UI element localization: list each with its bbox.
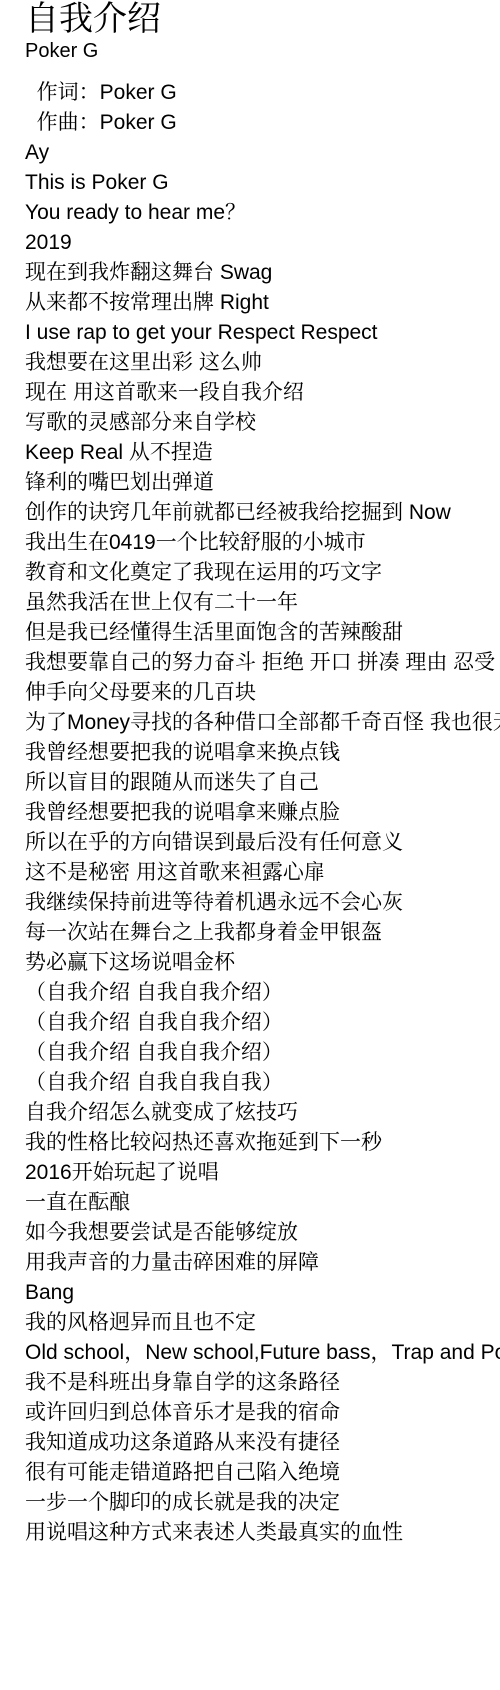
- lyric-line: 作曲：Poker G: [25, 108, 500, 138]
- lyric-line: 我的风格迥异而且也不定: [25, 1308, 500, 1338]
- lyric-line: 为了Money寻找的各种借口全部都千奇百怪 我也很无奈: [25, 708, 500, 738]
- lyric-line: 我想要靠自己的努力奋斗 拒绝 开口 拼凑 理由 忍受: [25, 648, 500, 678]
- song-title: 自我介绍: [25, 0, 500, 38]
- lyric-line: 但是我已经懂得生活里面饱含的苦辣酸甜: [25, 618, 500, 648]
- lyric-line: Keep Real 从不捏造: [25, 438, 500, 468]
- lyric-line: 伸手向父母要来的几百块: [25, 678, 500, 708]
- lyric-line: 一步一个脚印的成长就是我的决定: [25, 1488, 500, 1518]
- lyric-line: I use rap to get your Respect Respect: [25, 318, 500, 348]
- lyric-line: 虽然我活在世上仅有二十一年: [25, 588, 500, 618]
- lyric-line: 从来都不按常理出牌 Right: [25, 288, 500, 318]
- lyric-line: 我继续保持前进等待着机遇永远不会心灰: [25, 888, 500, 918]
- lyric-line: 2016开始玩起了说唱: [25, 1158, 500, 1188]
- artist-name: Poker G: [25, 38, 500, 64]
- lyric-line: 所以盲目的跟随从而迷失了自己: [25, 768, 500, 798]
- lyric-line: 2019: [25, 228, 500, 258]
- lyric-line: 我知道成功这条道路从来没有捷径: [25, 1428, 500, 1458]
- lyric-line: 用说唱这种方式来表述人类最真实的血性: [25, 1518, 500, 1548]
- lyric-line: Ay: [25, 138, 500, 168]
- lyric-line: 我的性格比较闷热还喜欢拖延到下一秒: [25, 1128, 500, 1158]
- lyric-line: 创作的诀窍几年前就都已经被我给挖掘到 Now: [25, 498, 500, 528]
- lyric-line: 我出生在0419一个比较舒服的小城市: [25, 528, 500, 558]
- lyric-line: 现在 用这首歌来一段自我介绍: [25, 378, 500, 408]
- lyric-line: 自我介绍怎么就变成了炫技巧: [25, 1098, 500, 1128]
- lyrics-list: 作词：Poker G 作曲：Poker GAyThis is Poker GYo…: [25, 78, 500, 1548]
- lyric-line: 作词：Poker G: [25, 78, 500, 108]
- lyric-line: This is Poker G: [25, 168, 500, 198]
- lyric-line: （自我介绍 自我自我介绍）: [25, 1038, 500, 1068]
- lyric-line: 我想要在这里出彩 这么帅: [25, 348, 500, 378]
- lyric-line: 用我声音的力量击碎困难的屏障: [25, 1248, 500, 1278]
- lyric-line: （自我介绍 自我自我介绍）: [25, 1008, 500, 1038]
- lyric-line: 写歌的灵感部分来自学校: [25, 408, 500, 438]
- lyric-line: 每一次站在舞台之上我都身着金甲银盔: [25, 918, 500, 948]
- lyrics-page: 自我介绍 Poker G 作词：Poker G 作曲：Poker GAyThis…: [0, 0, 500, 1690]
- lyric-line: （自我介绍 自我自我介绍）: [25, 978, 500, 1008]
- lyric-line: 锋利的嘴巴划出弹道: [25, 468, 500, 498]
- lyric-line: 我曾经想要把我的说唱拿来换点钱: [25, 738, 500, 768]
- lyric-line: 这不是秘密 用这首歌来袒露心扉: [25, 858, 500, 888]
- lyric-line: You ready to hear me？: [25, 198, 500, 228]
- lyric-line: 一直在酝酿: [25, 1188, 500, 1218]
- lyric-line: 我曾经想要把我的说唱拿来赚点脸: [25, 798, 500, 828]
- lyric-line: 势必赢下这场说唱金杯: [25, 948, 500, 978]
- lyric-line: 教育和文化奠定了我现在运用的巧文字: [25, 558, 500, 588]
- lyric-line: 现在到我炸翻这舞台 Swag: [25, 258, 500, 288]
- lyric-line: 或许回归到总体音乐才是我的宿命: [25, 1398, 500, 1428]
- lyric-line: （自我介绍 自我自我自我）: [25, 1068, 500, 1098]
- lyric-line: Old school，New school,Future bass，Trap a…: [25, 1338, 500, 1368]
- lyric-line: 所以在乎的方向错误到最后没有任何意义: [25, 828, 500, 858]
- lyric-line: 如今我想要尝试是否能够绽放: [25, 1218, 500, 1248]
- lyric-line: 很有可能走错道路把自己陷入绝境: [25, 1458, 500, 1488]
- lyric-line: Bang: [25, 1278, 500, 1308]
- lyric-line: 我不是科班出身靠自学的这条路径: [25, 1368, 500, 1398]
